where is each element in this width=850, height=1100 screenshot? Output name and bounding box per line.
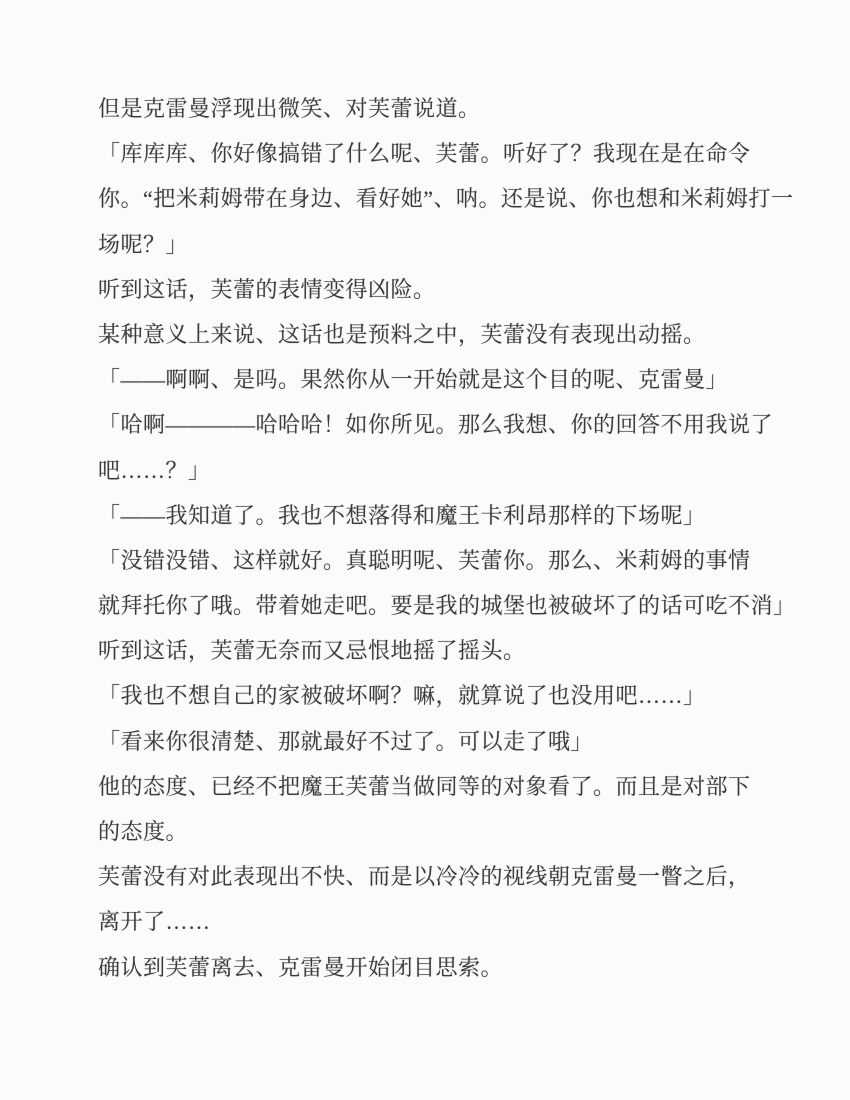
text-line: 听到这话，芙蕾的表情变得凶险。 bbox=[98, 267, 770, 312]
text-line: 芙蕾没有对此表现出不快、而是以冷冷的视线朝克雷曼一瞥之后， bbox=[98, 854, 770, 899]
text-line: 他的态度、已经不把魔王芙蕾当做同等的对象看了。而且是对部下 bbox=[98, 764, 770, 809]
text-line: 确认到芙蕾离去、克雷曼开始闭目思索。 bbox=[98, 945, 770, 990]
text-line: 但是克雷曼浮现出微笑、对芙蕾说道。 bbox=[98, 86, 770, 131]
text-line: 的态度。 bbox=[98, 809, 770, 854]
text-line: 就拜托你了哦。带着她走吧。要是我的城堡也被破坏了的话可吃不消」 bbox=[98, 583, 770, 628]
text-line: 场呢？」 bbox=[98, 222, 770, 267]
novel-text-block: 但是克雷曼浮现出微笑、对芙蕾说道。 「库库库、你好像搞错了什么呢、芙蕾。听好了？… bbox=[98, 86, 770, 990]
text-line: 吧……？」 bbox=[98, 448, 770, 493]
text-line: 「——啊啊、是吗。果然你从一开始就是这个目的呢、克雷曼」 bbox=[98, 357, 770, 402]
text-line: 「看来你很清楚、那就最好不过了。可以走了哦」 bbox=[98, 719, 770, 764]
text-line: 你。“把米莉姆带在身边、看好她”、呐。还是说、你也想和米莉姆打一 bbox=[98, 176, 770, 221]
text-line: 听到这话，芙蕾无奈而又忌恨地摇了摇头。 bbox=[98, 628, 770, 673]
text-line: 离开了…… bbox=[98, 899, 770, 944]
text-line: 某种意义上来说、这话也是预料之中，芙蕾没有表现出动摇。 bbox=[98, 312, 770, 357]
text-line: 「我也不想自己的家被破坏啊？嘛，就算说了也没用吧……」 bbox=[98, 673, 770, 718]
document-page: 但是克雷曼浮现出微笑、对芙蕾说道。 「库库库、你好像搞错了什么呢、芙蕾。听好了？… bbox=[0, 0, 850, 1100]
text-line: 「哈啊————哈哈哈！如你所见。那么我想、你的回答不用我说了 bbox=[98, 402, 770, 447]
text-line: 「库库库、你好像搞错了什么呢、芙蕾。听好了？我现在是在命令 bbox=[98, 131, 770, 176]
text-line: 「——我知道了。我也不想落得和魔王卡利昂那样的下场呢」 bbox=[98, 493, 770, 538]
text-line: 「没错没错、这样就好。真聪明呢、芙蕾你。那么、米莉姆的事情 bbox=[98, 538, 770, 583]
